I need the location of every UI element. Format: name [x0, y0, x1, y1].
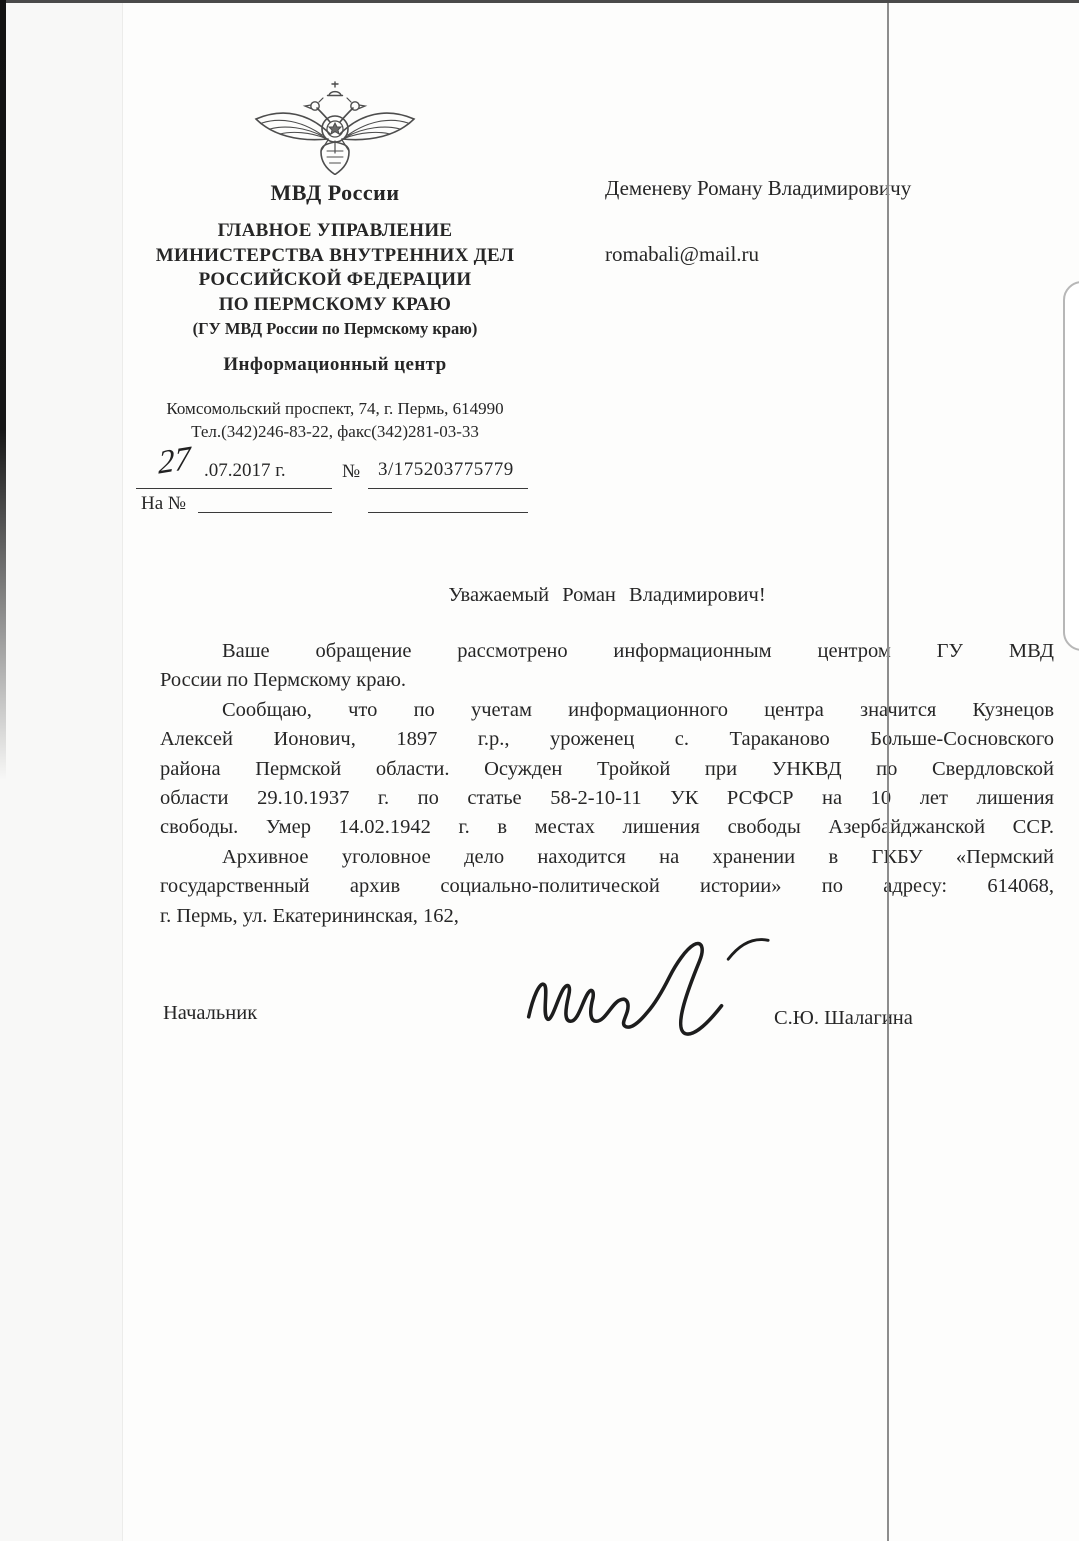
recipient-name: Деменеву Роману Владимировичу [605, 176, 911, 201]
recipient-block: Деменеву Роману Владимировичу romabali@m… [605, 176, 911, 267]
reply-underline-left [198, 512, 332, 513]
date-printed: .07.2017 г. [204, 460, 286, 482]
body-line: Сообщаю, что по учетам информационного ц… [160, 696, 1054, 725]
date-underline [136, 488, 332, 489]
outgoing-number: 3/175203775779 [378, 459, 514, 481]
scan-fold-line [887, 0, 889, 1541]
number-underline [368, 488, 528, 489]
number-label: № [342, 461, 360, 483]
recipient-email: romabali@mail.ru [605, 242, 911, 267]
body-line: Архивное уголовное дело находится на хра… [160, 843, 1054, 872]
reply-to-label: На № [141, 493, 186, 515]
body-line: свободы. Умер 14.02.1942 г. в местах лиш… [160, 813, 1054, 842]
paragraph: Архивное уголовное дело находится на хра… [160, 843, 1054, 931]
postal-address: Комсомольский проспект, 74, г. Пермь, 61… [146, 397, 524, 420]
body-line: государственный архив социально-политиче… [160, 872, 1054, 901]
scan-background-margin [0, 0, 122, 1541]
body-line: г. Пермь, ул. Екатерининская, 162, [160, 902, 1054, 931]
scan-top-edge [0, 0, 1079, 3]
scan-left-edge [0, 0, 6, 780]
signature-block: Начальник С.Ю. Шалагина [160, 988, 1054, 1118]
paragraph: Ваше обращение рассмотрено информационны… [160, 637, 1054, 696]
mvd-double-headed-eagle-emblem-icon [250, 78, 420, 175]
letter-body: Уважаемый Роман Владимирович! Ваше обращ… [160, 584, 1054, 931]
signer-name: С.Ю. Шалагина [774, 1007, 913, 1030]
reply-underline-right [368, 512, 528, 513]
body-line: России по Пермскому краю. [160, 666, 1054, 695]
org-name-short: МВД России [146, 180, 524, 206]
org-line: РОССИЙСКОЙ ФЕДЕРАЦИИ [146, 268, 524, 293]
reference-block: 27 .07.2017 г. № 3/175203775779 На № [130, 455, 540, 535]
paragraph: Сообщаю, что по учетам информационного ц… [160, 696, 1054, 843]
body-line: Ваше обращение рассмотрено информационны… [160, 637, 1054, 666]
body-line: Алексей Ионович, 1897 г.р., уроженец с. … [160, 725, 1054, 754]
signer-position: Начальник [163, 1002, 257, 1025]
phone-fax: Тел.(342)246-83-22, факс(342)281-03-33 [146, 420, 524, 443]
contact-block: Комсомольский проспект, 74, г. Пермь, 61… [146, 397, 524, 443]
page-edge-shadow [122, 0, 123, 1541]
org-abbreviation: (ГУ МВД России по Пермскому краю) [146, 319, 524, 339]
org-line: МИНИСТЕРСТВА ВНУТРЕННИХ ДЕЛ [146, 244, 524, 269]
letterhead: МВД России ГЛАВНОЕ УПРАВЛЕНИЕ МИНИСТЕРСТ… [146, 78, 524, 443]
body-line: района Пермской области. Осужден Тройкой… [160, 755, 1054, 784]
org-name-full: ГЛАВНОЕ УПРАВЛЕНИЕ МИНИСТЕРСТВА ВНУТРЕНН… [146, 219, 524, 317]
body-line: области 29.10.1937 г. по статье 58-2-10-… [160, 784, 1054, 813]
department-name: Информационный центр [146, 354, 524, 376]
salutation: Уважаемый Роман Владимирович! [160, 584, 1054, 614]
handwritten-day: 27 [158, 440, 191, 483]
handwritten-signature-icon [522, 932, 777, 1044]
scroll-indicator[interactable] [1063, 281, 1079, 651]
paragraphs: Ваше обращение рассмотрено информационны… [160, 637, 1054, 931]
org-line: ПО ПЕРМСКОМУ КРАЮ [146, 293, 524, 318]
org-line: ГЛАВНОЕ УПРАВЛЕНИЕ [146, 219, 524, 244]
scanned-letter-page: { "colors": { "ink": "#262626", "fold_li… [0, 0, 1079, 1541]
